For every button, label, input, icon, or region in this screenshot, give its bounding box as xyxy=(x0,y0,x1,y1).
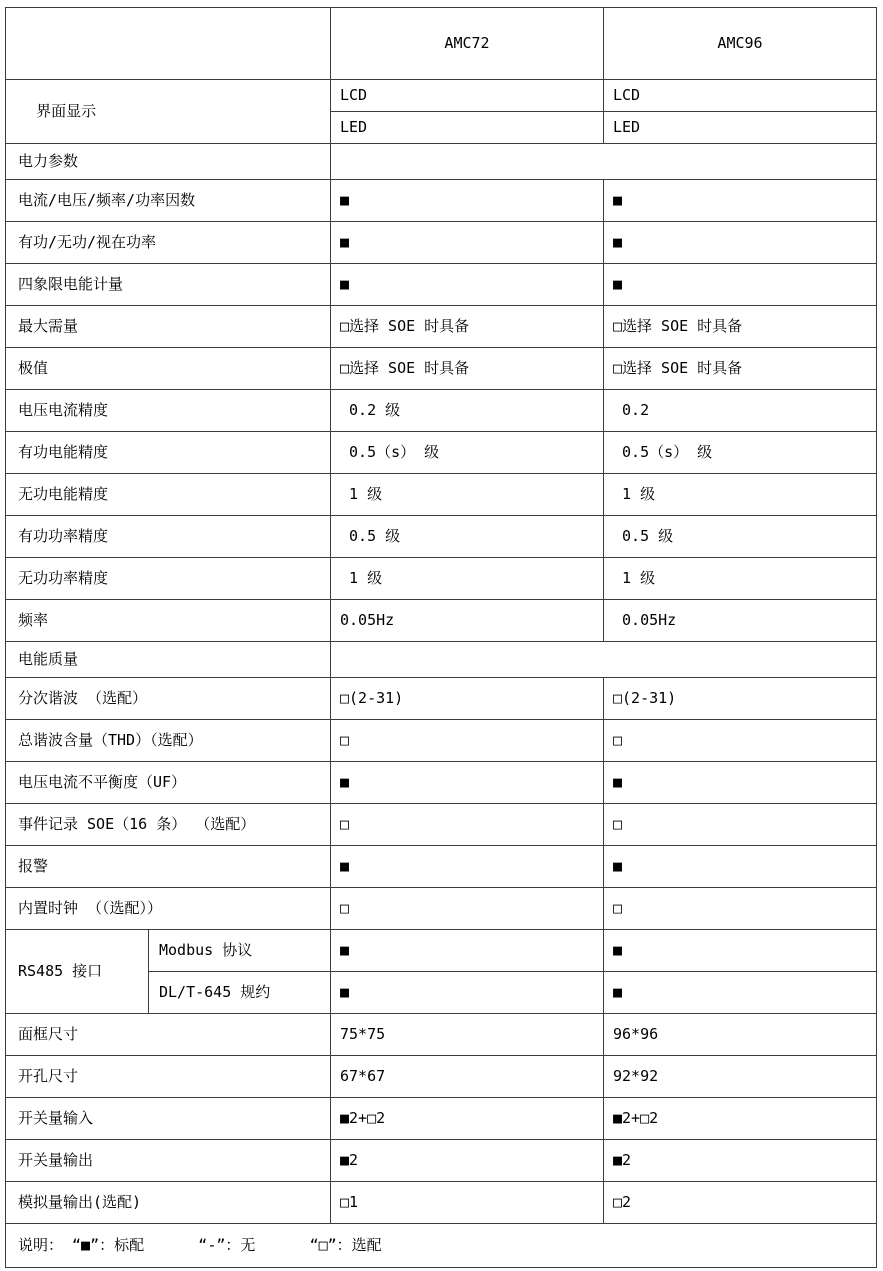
cell-amc72-value: 1 级 xyxy=(331,474,604,516)
row-label: 四象限电能计量 xyxy=(6,264,331,306)
cell-amc96-value: 0.5 级 xyxy=(604,516,877,558)
cell-amc72-value: □ xyxy=(331,804,604,846)
cell-amc72-value: 67*67 xyxy=(331,1056,604,1098)
table-row: 开关量输入■2+□2■2+□2 xyxy=(6,1098,877,1140)
cell-amc72-value: ■ xyxy=(331,930,604,972)
row-label: 事件记录 SOE（16 条） （选配） xyxy=(6,804,331,846)
cell-amc72-value: LCD xyxy=(331,80,604,112)
cell-amc72-value: □选择 SOE 时具备 xyxy=(331,348,604,390)
row-sublabel: DL/T-645 规约 xyxy=(149,972,331,1014)
row-sublabel: Modbus 协议 xyxy=(149,930,331,972)
cell-amc72-value: 1 级 xyxy=(331,558,604,600)
cell-amc96-value: ■ xyxy=(604,180,877,222)
cell-amc72-value: ■2+□2 xyxy=(331,1098,604,1140)
section-label: 电力参数 xyxy=(6,144,331,180)
cell-amc72-value: □(2-31) xyxy=(331,678,604,720)
table-row: RS485 接口Modbus 协议■■ xyxy=(6,930,877,972)
cell-amc72-value: □ xyxy=(331,720,604,762)
table-row: 频率0.05Hz 0.05Hz xyxy=(6,600,877,642)
cell-amc72-value: 0.5 级 xyxy=(331,516,604,558)
legend-note: 说明： “■”：标配 “-”：无 “□”：选配 xyxy=(6,1224,877,1268)
cell-amc72-value: □ xyxy=(331,888,604,930)
table-row: 四象限电能计量■■ xyxy=(6,264,877,306)
cell-amc72-value: ■ xyxy=(331,762,604,804)
table-row: 最大需量□选择 SOE 时具备□选择 SOE 时具备 xyxy=(6,306,877,348)
cell-amc72-value: □1 xyxy=(331,1182,604,1224)
table-row: 电压电流不平衡度（UF）■■ xyxy=(6,762,877,804)
cell-amc72-value: ■ xyxy=(331,846,604,888)
cell-amc96-value: LCD xyxy=(604,80,877,112)
row-label: 有功/无功/视在功率 xyxy=(6,222,331,264)
cell-amc72-value: 0.5（s） 级 xyxy=(331,432,604,474)
table-row: 开关量输出■2■2 xyxy=(6,1140,877,1182)
table-row: 事件记录 SOE（16 条） （选配）□□ xyxy=(6,804,877,846)
spec-table: AMC72AMC96 界面显示LCDLCDLEDLED电力参数电流/电压/频率/… xyxy=(5,7,877,1268)
cell-amc96-value: 0.2 xyxy=(604,390,877,432)
table-row: 电压电流精度 0.2 级 0.2 xyxy=(6,390,877,432)
cell-amc72-value: ■ xyxy=(331,264,604,306)
cell-amc96-value: ■ xyxy=(604,222,877,264)
cell-amc72-value: 0.2 级 xyxy=(331,390,604,432)
cell-amc96-value: 92*92 xyxy=(604,1056,877,1098)
cell-amc72-value: ■ xyxy=(331,972,604,1014)
row-label: 电压电流不平衡度（UF） xyxy=(6,762,331,804)
cell-amc72-value: 75*75 xyxy=(331,1014,604,1056)
cell-amc96-value: □2 xyxy=(604,1182,877,1224)
row-label: 有功电能精度 xyxy=(6,432,331,474)
cell-amc96-value: □ xyxy=(604,804,877,846)
table-row: 无功功率精度 1 级 1 级 xyxy=(6,558,877,600)
row-label: 电流/电压/频率/功率因数 xyxy=(6,180,331,222)
row-label: 无功电能精度 xyxy=(6,474,331,516)
row-label: 频率 xyxy=(6,600,331,642)
row-label: 无功功率精度 xyxy=(6,558,331,600)
table-row: 总谐波含量（THD）（选配）□□ xyxy=(6,720,877,762)
row-label: 极值 xyxy=(6,348,331,390)
row-label: 面框尺寸 xyxy=(6,1014,331,1056)
section-empty-cell xyxy=(331,144,877,180)
cell-amc96-value: □ xyxy=(604,720,877,762)
cell-amc72-value: ■ xyxy=(331,180,604,222)
cell-amc96-value: □选择 SOE 时具备 xyxy=(604,348,877,390)
table-row: 电流/电压/频率/功率因数■■ xyxy=(6,180,877,222)
cell-amc72-value: ■ xyxy=(331,222,604,264)
row-label: 开关量输出 xyxy=(6,1140,331,1182)
table-row: 模拟量输出(选配)□1□2 xyxy=(6,1182,877,1224)
cell-amc96-value: ■ xyxy=(604,762,877,804)
row-label: 模拟量输出(选配) xyxy=(6,1182,331,1224)
cell-amc96-value: ■ xyxy=(604,972,877,1014)
table-row: 内置时钟 （（选配））□□ xyxy=(6,888,877,930)
cell-amc96-value: ■ xyxy=(604,930,877,972)
table-row: 极值□选择 SOE 时具备□选择 SOE 时具备 xyxy=(6,348,877,390)
section-row: 电能质量 xyxy=(6,642,877,678)
cell-amc72-value: LED xyxy=(331,112,604,144)
row-label: 报警 xyxy=(6,846,331,888)
section-empty-cell xyxy=(331,642,877,678)
cell-amc96-value: 0.5（s） 级 xyxy=(604,432,877,474)
cell-amc96-value: □ xyxy=(604,888,877,930)
table-row: 界面显示LCDLCD xyxy=(6,80,877,112)
cell-amc72-value: □选择 SOE 时具备 xyxy=(331,306,604,348)
spec-sheet: AMC72AMC96 界面显示LCDLCDLEDLED电力参数电流/电压/频率/… xyxy=(5,7,877,1268)
row-label: 有功功率精度 xyxy=(6,516,331,558)
cell-amc72-value: ■2 xyxy=(331,1140,604,1182)
cell-amc96-value: ■ xyxy=(604,846,877,888)
section-label: 电能质量 xyxy=(6,642,331,678)
cell-amc96-value: 1 级 xyxy=(604,474,877,516)
section-row: 电力参数 xyxy=(6,144,877,180)
row-label: RS485 接口 xyxy=(6,930,149,1014)
row-label: 开关量输入 xyxy=(6,1098,331,1140)
cell-amc96-value: □(2-31) xyxy=(604,678,877,720)
cell-amc96-value: ■2 xyxy=(604,1140,877,1182)
table-row: 有功功率精度 0.5 级 0.5 级 xyxy=(6,516,877,558)
table-row: 有功/无功/视在功率■■ xyxy=(6,222,877,264)
cell-amc96-value: LED xyxy=(604,112,877,144)
row-label: 分次谐波 （选配） xyxy=(6,678,331,720)
row-label: 开孔尺寸 xyxy=(6,1056,331,1098)
row-label: 电压电流精度 xyxy=(6,390,331,432)
note-row: 说明： “■”：标配 “-”：无 “□”：选配 xyxy=(6,1224,877,1268)
column-header-amc96: AMC96 xyxy=(604,8,877,80)
table-row: 面框尺寸75*7596*96 xyxy=(6,1014,877,1056)
cell-amc72-value: 0.05Hz xyxy=(331,600,604,642)
table-row: 无功电能精度 1 级 1 级 xyxy=(6,474,877,516)
cell-amc96-value: ■2+□2 xyxy=(604,1098,877,1140)
cell-amc96-value: ■ xyxy=(604,264,877,306)
corner-cell xyxy=(6,8,331,80)
cell-amc96-value: 96*96 xyxy=(604,1014,877,1056)
row-label: 界面显示 xyxy=(6,80,331,144)
table-row: 分次谐波 （选配）□(2-31)□(2-31) xyxy=(6,678,877,720)
column-header-amc72: AMC72 xyxy=(331,8,604,80)
table-row: 开孔尺寸67*6792*92 xyxy=(6,1056,877,1098)
row-label: 最大需量 xyxy=(6,306,331,348)
table-row: 报警■■ xyxy=(6,846,877,888)
row-label: 内置时钟 （（选配）） xyxy=(6,888,331,930)
cell-amc96-value: 0.05Hz xyxy=(604,600,877,642)
table-row: 有功电能精度 0.5（s） 级 0.5（s） 级 xyxy=(6,432,877,474)
row-label: 总谐波含量（THD）（选配） xyxy=(6,720,331,762)
header-row: AMC72AMC96 xyxy=(6,8,877,80)
cell-amc96-value: 1 级 xyxy=(604,558,877,600)
cell-amc96-value: □选择 SOE 时具备 xyxy=(604,306,877,348)
